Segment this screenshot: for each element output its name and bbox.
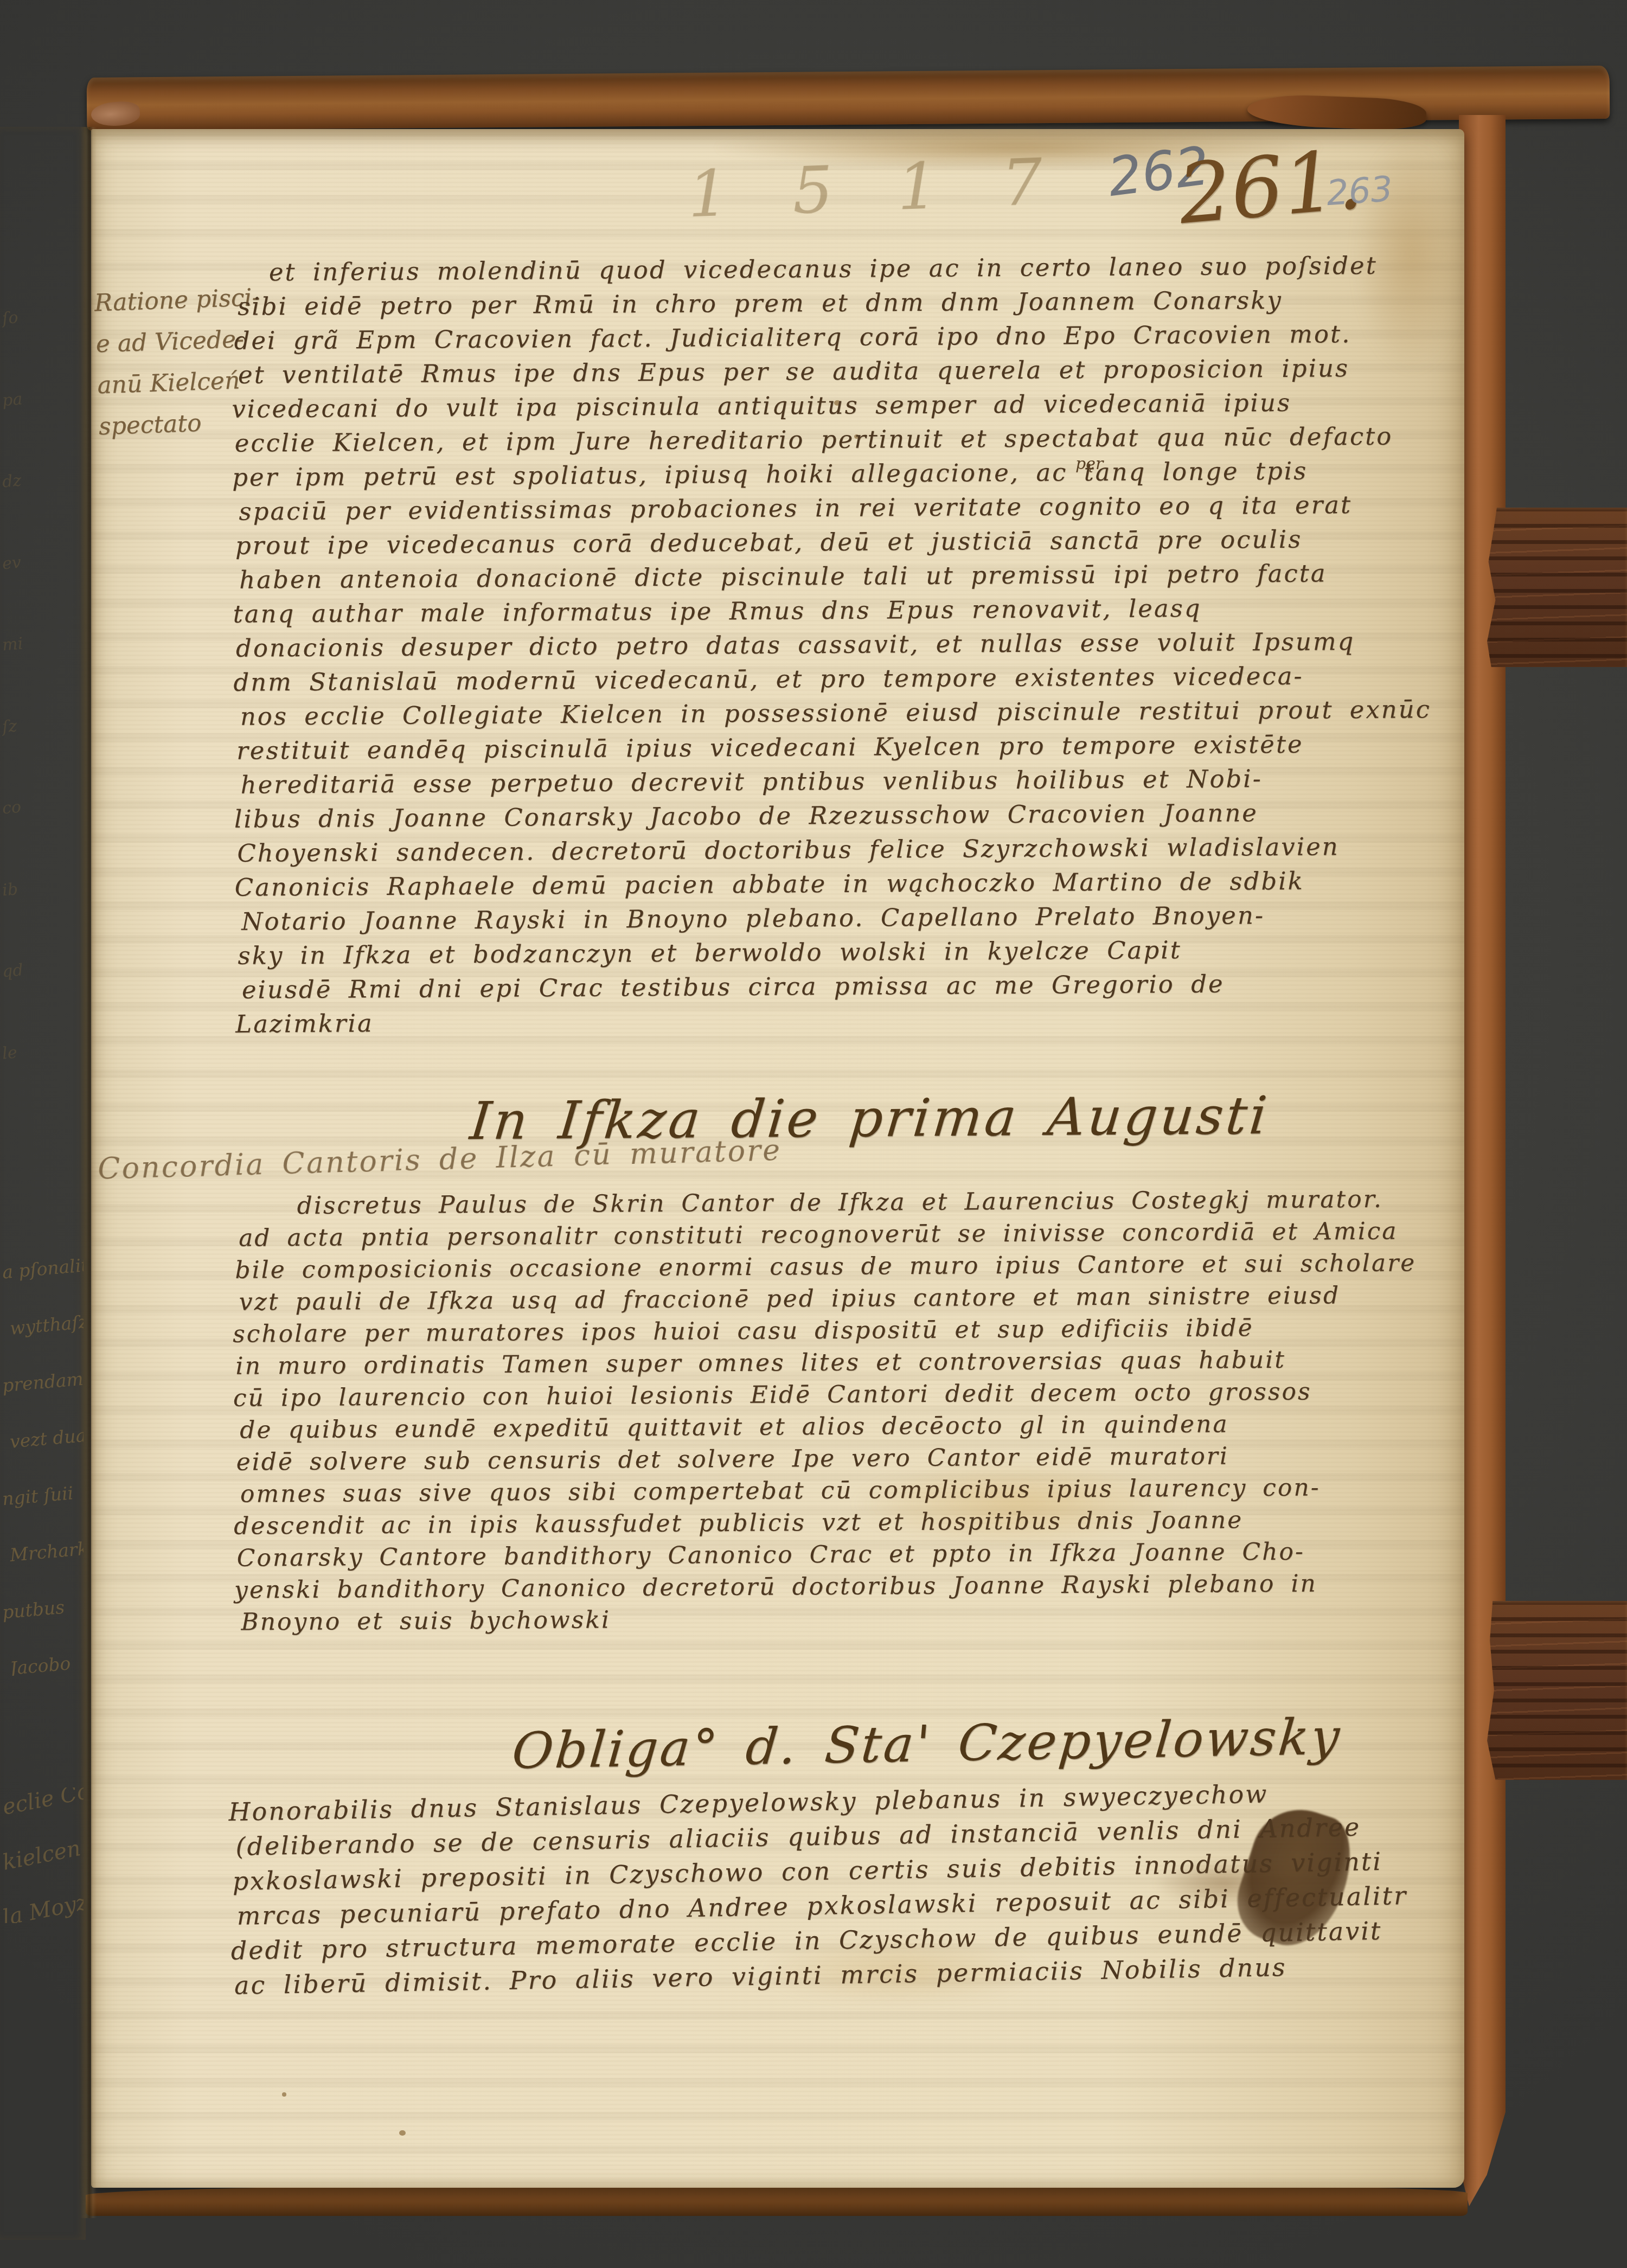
ghost-fragment: ib bbox=[2, 874, 84, 900]
text-line: Notario Joanne Rayski in Bnoyno plebano.… bbox=[241, 897, 1433, 938]
year-digit: 1 bbox=[687, 156, 730, 232]
manuscript-page: 1517 262 261. 263 Ratione pisci-e ad Vic… bbox=[91, 129, 1464, 2188]
faint-year-marks: 1517 bbox=[687, 145, 1044, 232]
year-digit: 1 bbox=[896, 148, 939, 225]
paper-fleck bbox=[282, 2092, 286, 2097]
binding-strap-lower bbox=[1487, 1601, 1627, 1780]
ghost-fragment: ſo bbox=[2, 306, 84, 328]
ghost-fragment: eclie Collegiate bbox=[2, 1788, 84, 1820]
ghost-text-lower: eclie Collegiatekielcen partela Moyza bbox=[2, 1788, 84, 1923]
ghost-fragment: Mrcharks bbox=[9, 1538, 84, 1566]
ghost-fragment: putbus bbox=[2, 1594, 84, 1623]
folio-number-pencil-263: 263 bbox=[1325, 169, 1394, 214]
previous-leaves-edge: ſopadzevmiſzcoibqdle a pſonalitrwytthaſz… bbox=[0, 127, 86, 2240]
ghost-fragment: prendam bbox=[2, 1368, 84, 1396]
ghost-fragment: a pſonalitr bbox=[2, 1258, 84, 1283]
ghost-fragment: co bbox=[2, 792, 84, 818]
entry-2-text: discretus Paulus de Skrin Cantor de Ifkz… bbox=[232, 1183, 1418, 1638]
manuscript-photo: ſopadzevmiſzcoibqdle a pſonalitrwytthaſz… bbox=[0, 0, 1627, 2268]
year-digit: 7 bbox=[1001, 145, 1044, 221]
entry-3-text: Honorabilis dnus Stanislaus Czepyelowsky… bbox=[228, 1774, 1409, 2003]
ghost-fragment: le bbox=[2, 1037, 84, 1060]
ghost-fragment: ev bbox=[2, 547, 84, 573]
ghost-fragment: dz bbox=[2, 466, 84, 492]
cover-fore-edge bbox=[1459, 115, 1506, 2206]
entry-1-text: et inferius molendinū quod vicedecanus i… bbox=[231, 248, 1433, 1041]
ghost-fragment: la Moyza bbox=[2, 1891, 84, 1923]
ghost-fragment: vezt duas, bbox=[9, 1425, 84, 1452]
ghost-fragment: pa bbox=[2, 384, 84, 410]
gutter-shadow bbox=[80, 127, 97, 2218]
ghost-fragment: qd bbox=[2, 956, 84, 982]
ghost-fragment: ngit ſuii bbox=[2, 1481, 84, 1509]
ghost-fragment: kielcen parte bbox=[2, 1835, 84, 1875]
leather-bottom-edge bbox=[86, 2184, 1468, 2216]
ghost-fragment: ſz bbox=[2, 710, 84, 736]
paper-fleck bbox=[399, 2130, 406, 2136]
ghost-fragment: wytthaſzek bbox=[9, 1312, 84, 1340]
interline-correction: pęr bbox=[1075, 454, 1103, 473]
ghost-fragment: mi bbox=[2, 629, 84, 655]
text-line: Bnoyno et suis bychowski bbox=[241, 1599, 1418, 1638]
margin-note-concordia: Concordia Cantoris de Ilza cū muratore bbox=[97, 1132, 782, 1186]
text-line: haben antenoia donacionē dicte piscinule… bbox=[239, 555, 1431, 597]
record-heading-obligatio: Obliga° d. Sta' Czepyelowsky bbox=[510, 1708, 1344, 1780]
ghost-text-upper: ſopadzevmiſzcoibqdle bbox=[2, 306, 84, 1060]
year-digit: 5 bbox=[791, 152, 835, 228]
binding-strap-upper bbox=[1487, 508, 1627, 667]
ghost-text-middle: a pſonalitrwytthaſzekprendamvezt duas,ng… bbox=[2, 1258, 84, 1676]
ghost-fragment: Jacobo bbox=[9, 1651, 84, 1676]
